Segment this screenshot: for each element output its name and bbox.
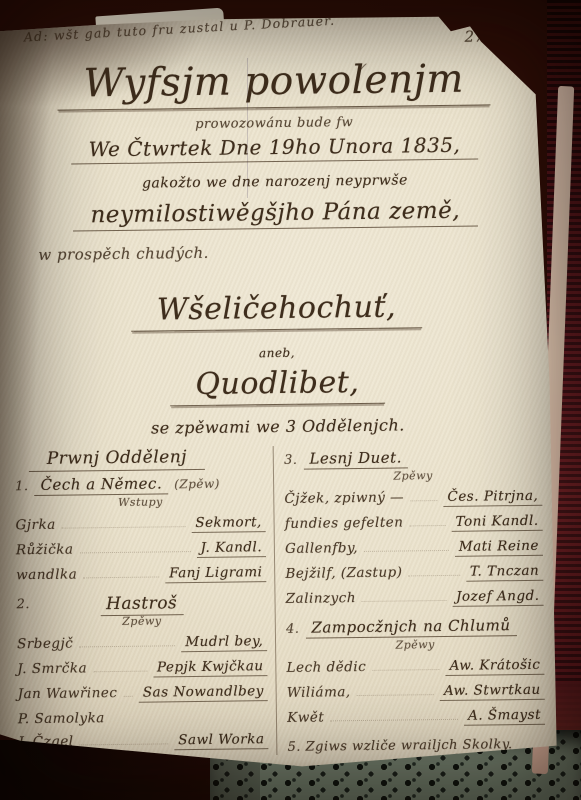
role-name: J. Smrčka [17, 660, 87, 677]
section-4-title: Zampocžnjch na Chlumů [305, 616, 516, 639]
performer-name: Pepjk Kwjčkau [153, 658, 268, 677]
section-4-heading: 4. Zampocžnjch na Chlumů [286, 616, 544, 639]
performer-name: T. Tnczan [466, 563, 543, 582]
row-leader [80, 743, 169, 745]
line-occasion: gakožto we dne narozenj neyprwše [11, 171, 538, 193]
table-row: Čjžek, zpiwný — Čes. Pitrjna, [284, 488, 542, 509]
performer-name: J. Kandl. [196, 539, 266, 558]
row-leader [410, 500, 437, 501]
section-3-heading: 3. Lesnj Duet. [284, 447, 542, 470]
subtitle-line: se zpěwami we 3 Oddělenjch. [14, 414, 541, 439]
row-leader [357, 694, 434, 696]
table-row: Zalinzych Jozef Angd. [286, 588, 544, 609]
role-name: Gallenfby, [285, 540, 358, 557]
role-name: wandlka [16, 566, 77, 583]
role-name: Čjžek, zpiwný — [284, 489, 404, 506]
left-column-header: Prwnj Oddělenj [29, 446, 265, 472]
section-3-tag: Zpěwy [284, 468, 542, 484]
role-name: Lech dědic [286, 659, 366, 676]
table-row: Jan Wawřinec Sas Nowandlbey [18, 683, 268, 704]
table-row: Lech dědic Aw. Krátošic [286, 657, 544, 678]
performance-date-text: We Čtwrtek Dne 19ho Unora 1835, [71, 132, 479, 164]
row-leader [123, 696, 132, 697]
section-3-number: 3. [284, 453, 298, 468]
patron-line-text: neymilostiwěgšjho Pána země, [72, 197, 478, 231]
role-name: Srbegjč [17, 635, 73, 652]
section-4-number: 4. [286, 622, 300, 637]
role-name: Gjrka [15, 517, 55, 533]
left-column-header-text: Prwnj Oddělenj [29, 447, 206, 472]
row-leader [409, 575, 460, 577]
row-leader [364, 550, 449, 552]
performer-name: Sawl Worka [174, 731, 268, 750]
section-1-tag: Wstupy [15, 494, 265, 510]
performer-name: Toni Kandl. [452, 513, 543, 532]
aneb-line: aneb, [13, 343, 540, 363]
role-name: Bejžilf, (Zastup) [285, 564, 402, 581]
role-name: Kwět [287, 709, 324, 725]
row-leader [83, 576, 159, 578]
row-leader [372, 669, 439, 671]
performer-name: Sas Nowandlbey [139, 683, 268, 703]
page-number: 27 [464, 27, 484, 45]
section-1-aside: (Zpěw) [174, 477, 220, 492]
row-leader [330, 719, 458, 722]
role-name: Wiliáma, [287, 684, 351, 701]
alt-title: Quodlibet, [14, 363, 541, 408]
photo-backdrop: Ad: wšt gab tuto fru zustal u P. Dobraue… [0, 0, 581, 800]
handwritten-content: Ad: wšt gab tuto fru zustal u P. Dobraue… [9, 13, 545, 773]
performer-name: A. Šmayst [464, 707, 545, 726]
role-name: Zalinzych [286, 590, 356, 607]
patron-line: neymilostiwěgšjho Pána země, [12, 197, 539, 232]
header-note: Ad: wšt gab tuto fru zustal u P. Dobraue… [9, 2, 536, 45]
table-row: wandlka Fanj Ligrami [16, 564, 266, 585]
performer-name: Aw. Krátošic [446, 657, 545, 676]
row-leader [62, 526, 186, 529]
section-2-number: 2. [16, 597, 30, 612]
row-leader [79, 645, 175, 647]
line-presented: prowozowánu bude fw [11, 113, 538, 134]
role-name: Růžička [16, 541, 74, 558]
table-row: Srbegjč Mudrl bey, [17, 633, 267, 654]
manuscript-page: Ad: wšt gab tuto fru zustal u P. Dobraue… [0, 0, 581, 800]
performer-name: Mudrl bey, [181, 633, 267, 652]
section-4-tag: Zpěwy [286, 637, 544, 653]
title-permission: Wyfsjm powolenjm [10, 58, 538, 111]
work-title: Wšeličehochuť, [13, 288, 540, 333]
performer-name: Sekmort, [191, 514, 266, 533]
table-row: J. Smrčka Pepjk Kwjčkau [17, 658, 267, 679]
section-1-title: Čech a Němec. [34, 474, 168, 496]
role-name: fundies gefelten [285, 514, 404, 531]
program-table: Prwnj Oddělenj 1. Čech a Němec. (Zpěw) W… [15, 443, 546, 758]
section-2-tag: Zpěwy [17, 613, 267, 629]
benefit-line: w prospěch chudých. [12, 240, 539, 264]
row-leader [93, 671, 147, 673]
section-2-heading: 2. Hastroš [16, 592, 266, 615]
performer-name: Mati Reine [455, 538, 543, 557]
table-row: Bejžilf, (Zastup) T. Tnczan [285, 563, 543, 584]
table-row: Gallenfby, Mati Reine [285, 538, 543, 559]
performer-name: Fanj Ligrami [165, 564, 266, 583]
performer-name: Jozef Angd. [452, 588, 544, 607]
work-title-text: Wšeličehochuť, [131, 289, 423, 332]
table-row: Wiliáma, Aw. Stwrtkau [287, 682, 545, 703]
section-3-title: Lesnj Duet. [303, 448, 408, 469]
section-1-heading: 1. Čech a Němec. (Zpěw) [15, 473, 265, 496]
row-leader [80, 551, 191, 553]
table-row: Růžička J. Kandl. [16, 539, 266, 560]
alt-title-text: Quodlibet, [169, 365, 385, 407]
section-1-number: 1. [15, 479, 29, 494]
table-row: fundies gefelten Toni Kandl. [285, 513, 543, 534]
program-column-right: 3. Lesnj Duet. Zpěwy Čjžek, zpiwný — Čes… [273, 443, 546, 755]
row-leader [409, 525, 445, 526]
role-name: Jan Wawřinec [18, 685, 118, 702]
performer-name: Aw. Stwrtkau [440, 682, 545, 701]
row-leader [362, 600, 446, 602]
performer-name: Čes. Pitrjna, [443, 488, 542, 507]
table-row: Kwět A. Šmayst [287, 707, 545, 728]
title-permission-text: Wyfsjm powolenjm [57, 58, 490, 110]
program-column-left: Prwnj Oddělenj 1. Čech a Němec. (Zpěw) W… [15, 446, 277, 758]
table-row: P. Samolyka [18, 708, 268, 727]
performance-date: We Čtwrtek Dne 19ho Unora 1835, [11, 132, 538, 165]
table-row: Gjrka Sekmort, [15, 514, 265, 535]
role-name: P. Samolyka [18, 710, 105, 727]
section-2-title: Hastroš [100, 593, 183, 616]
pencil-checkmark: ✓ [356, 61, 368, 76]
